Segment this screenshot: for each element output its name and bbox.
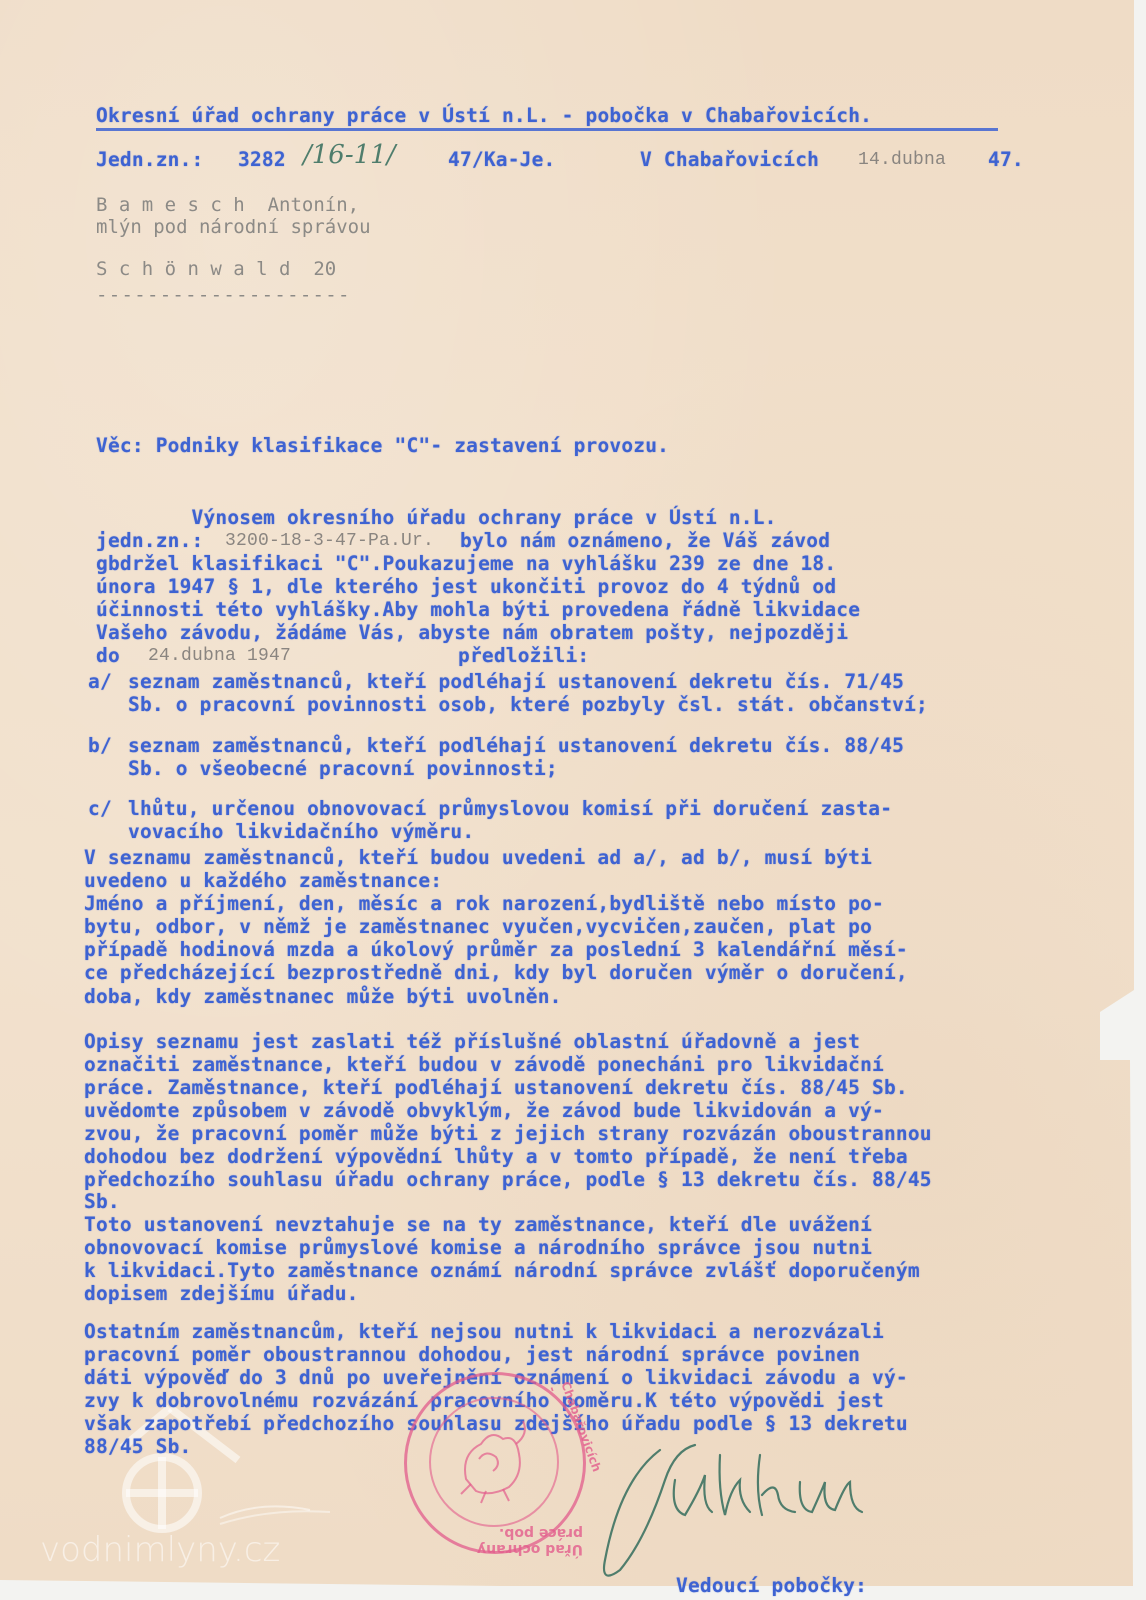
item-line: seznam zaměstnanců, kteří podléhají usta… xyxy=(128,734,904,757)
body-line: Výnosem okresního úřadu ochrany práce v … xyxy=(96,506,777,529)
ref-number: 3282 xyxy=(238,148,286,171)
ref-suffix: 47/Ka-Je. xyxy=(448,148,555,171)
subject-line: Věc: Podniky klasifikace "C"- zastavení … xyxy=(96,434,669,457)
place-label: V Chabařovicích xyxy=(640,148,819,171)
addressee-name: B a m e s c h Antonín, xyxy=(96,194,359,216)
item-marker: b/ xyxy=(88,734,112,757)
date-year: 47. xyxy=(988,148,1024,171)
office-header: Okresní úřad ochrany práce v Ústí n.L. -… xyxy=(96,104,872,127)
body-line: dohodou bez dodržení výpovědní lhůty a v… xyxy=(84,1145,908,1168)
filled-deadline: 24.dubna 1947 xyxy=(148,646,291,666)
body-line: V seznamu zaměstnanců, kteří budou uvede… xyxy=(84,846,872,869)
lion-emblem-icon xyxy=(431,1399,553,1521)
body-line: doba, kdy zaměstnanec může býti uvolněn. xyxy=(84,985,562,1008)
body-line: Sb. xyxy=(84,1190,120,1213)
item-line: Sb. o všeobecné pracovní povinnosti; xyxy=(128,757,558,780)
body-line: Vašeho závodu, žádáme Vás, abyste nám ob… xyxy=(96,621,848,644)
body-line: Jméno a příjmení, den, měsíc a rok naroz… xyxy=(84,892,884,915)
handwritten-signature-icon xyxy=(600,1420,880,1590)
body-line: února 1947 § 1, dle kterého jest ukončit… xyxy=(96,575,836,598)
addressee-description: mlýn pod národní správou xyxy=(96,216,371,238)
body-line: ce předcházející bezprostředně dni, kdy … xyxy=(84,961,908,984)
filled-ref-number: 3200-18-3-47-Pa.Ur. xyxy=(225,531,434,551)
official-stamp: Úřad ochrany práce pob. Chabařovicích - xyxy=(404,1372,586,1554)
body-line: Opisy seznamu jest zaslati též příslušné… xyxy=(84,1030,860,1053)
body-line: práce. Zaměstnance, kteří podléhají usta… xyxy=(84,1076,908,1099)
body-line: 88/45 Sb. xyxy=(84,1435,191,1458)
stamp-text-bottom: Úřad ochrany práce pob. xyxy=(447,1525,583,1557)
item-line: lhůtu, určenou obnovovací průmyslovou ko… xyxy=(128,797,892,820)
body-line: předložili: xyxy=(458,644,589,667)
body-line: k likvidaci.Tyto zaměstnance oznámí náro… xyxy=(84,1259,920,1282)
addressee-address: S c h ö n w a l d 20 xyxy=(96,258,336,280)
body-line: bytu, odbor, v němž je zaměstnanec vyuče… xyxy=(84,915,872,938)
body-line: uvědomte způsobem v závodě obvyklým, že … xyxy=(84,1099,884,1122)
item-marker: c/ xyxy=(88,797,112,820)
body-line: uvedeno u každého zaměstnance: xyxy=(84,869,442,892)
body-line: Ostatním zaměstnancům, kteří nejsou nutn… xyxy=(84,1320,884,1343)
body-line: případě hodinová mzda a úkolový průměr z… xyxy=(84,938,908,961)
body-line: označiti zaměstnance, kteří budou v závo… xyxy=(84,1053,884,1076)
body-line: jedn.zn.: xyxy=(96,529,203,552)
date-day: 14.dubna xyxy=(858,150,946,170)
body-line: zvou, že pracovní poměr může býti z jeji… xyxy=(84,1122,932,1145)
stamp-inner-ring xyxy=(429,1397,559,1527)
ref-handwritten-note: /16-11/ xyxy=(303,140,395,170)
body-line: gbdržel klasifikaci "C".Poukazujeme na v… xyxy=(96,552,836,575)
body-line: pracovní poměr oboustrannou dohodou, jes… xyxy=(84,1343,860,1366)
ref-label: Jedn.zn.: xyxy=(96,148,203,171)
body-line: předchozího souhlasu úřadu ochrany práce… xyxy=(84,1168,932,1191)
watermark-text: vodnimlyny.cz xyxy=(40,1530,280,1570)
header-underline xyxy=(96,128,998,131)
footer-position-label: Vedoucí pobočky: xyxy=(676,1574,867,1597)
body-line: dopisem zdejšímu úřadu. xyxy=(84,1282,359,1305)
item-line: seznam zaměstnanců, kteří podléhají usta… xyxy=(128,670,904,693)
body-line: bylo nám oznámeno, že Váš závod xyxy=(460,529,830,552)
item-line: vovacího likvidačního výměru. xyxy=(128,820,474,843)
addressee-separator: -------------------- xyxy=(96,284,351,306)
item-marker: a/ xyxy=(88,670,112,693)
body-line: obnovovací komise průmyslové komise a ná… xyxy=(84,1236,872,1259)
item-line: Sb. o pracovní povinnosti osob, které po… xyxy=(128,693,928,716)
body-line: do xyxy=(96,644,120,667)
body-line: účinnosti této vyhlášky.Aby mohla býti p… xyxy=(96,598,860,621)
body-line: Toto ustanovení nevztahuje se na ty zamě… xyxy=(84,1213,872,1236)
